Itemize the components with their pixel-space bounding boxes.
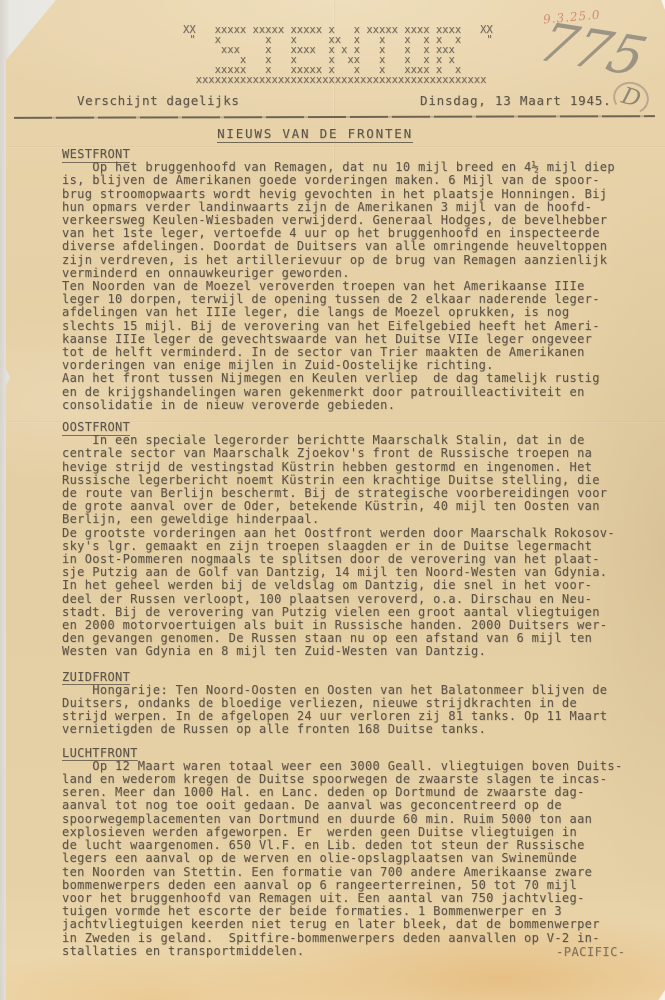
masthead-banner-ascii: XX xxxxx xxxxx xxxxx x x xxxxx xxxx xxxx… [183,25,493,85]
section-body: Hongarije: Ten Noord-Oosten en Oosten va… [62,684,632,737]
section-luchtfront: LUCHTFRONT Op 12 Maart waren totaal weer… [62,747,632,958]
section-body: Op 12 Maart waren totaal weer een 3000 G… [62,760,632,958]
section-westfront: WESTFRONT Op het bruggenhoofd van Remage… [62,148,632,412]
section-body: Op het bruggenhoofd van Remagen, dat nu … [62,161,632,412]
footer-pacific-tag: -PACIFIC- [556,945,626,959]
section-body: In een speciale legerorder berichtte Maa… [62,434,632,658]
section-oostfront: OOSTFRONT In een speciale legerorder ber… [62,421,632,659]
masthead-date: Dinsdag, 13 Maart 1945. [420,93,612,108]
article-body: WESTFRONT Op het bruggenhoofd van Remage… [62,148,632,958]
section-heading: LUCHTFRONT [62,747,632,760]
page-title: NIEUWS VAN DE FRONTEN [0,126,630,141]
section-heading: ZUIDFRONT [62,671,632,684]
masthead-tagline: Verschijnt dagelijks [77,93,240,108]
scanned-page: XX xxxxx xxxxx xxxxx x x xxxxx xxxx xxxx… [0,0,665,1000]
section-zuidfront: ZUIDFRONT Hongarije: Ten Noord-Oosten en… [62,671,632,737]
